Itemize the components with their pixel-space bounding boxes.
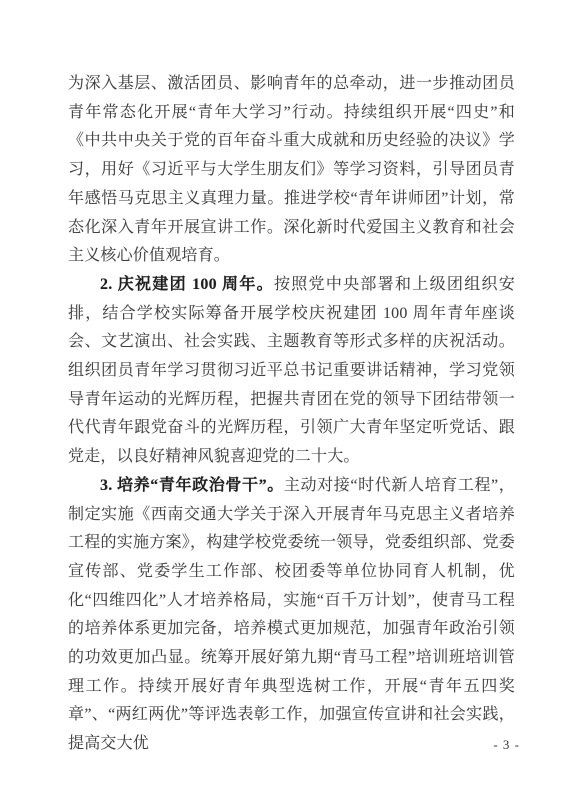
paragraph-text: 按照党中央部署和上级团组织安排，结合学校实际筹备开展学校庆祝建团 100 周年青… xyxy=(68,276,515,465)
page-number: - 3 - xyxy=(493,737,520,753)
paragraph-heading: 3. 培养“青年政治骨干”。 xyxy=(100,477,284,494)
document-body: 为深入基层、激活团员、影响青年的总牵动，进一步推动团员青年常态化开展“青年大学习… xyxy=(68,70,515,759)
paragraph: 为深入基层、激活团员、影响青年的总牵动，进一步推动团员青年常态化开展“青年大学习… xyxy=(68,70,515,271)
paragraph: 2. 庆祝建团 100 周年。按照党中央部署和上级团组织安排，结合学校实际筹备开… xyxy=(68,271,515,472)
document-page: 为深入基层、激活团员、影响青年的总牵动，进一步推动团员青年常态化开展“青年大学习… xyxy=(0,0,566,800)
paragraph-text: 主动对接“时代新人培育工程”，制定实施《西南交通大学关于深入开展青年马克思主义者… xyxy=(68,477,515,752)
paragraph: 3. 培养“青年政治骨干”。主动对接“时代新人培育工程”，制定实施《西南交通大学… xyxy=(68,472,515,759)
paragraph-text: 为深入基层、激活团员、影响青年的总牵动，进一步推动团员青年常态化开展“青年大学习… xyxy=(68,75,515,264)
paragraph-heading: 2. 庆祝建团 100 周年。 xyxy=(100,276,274,293)
